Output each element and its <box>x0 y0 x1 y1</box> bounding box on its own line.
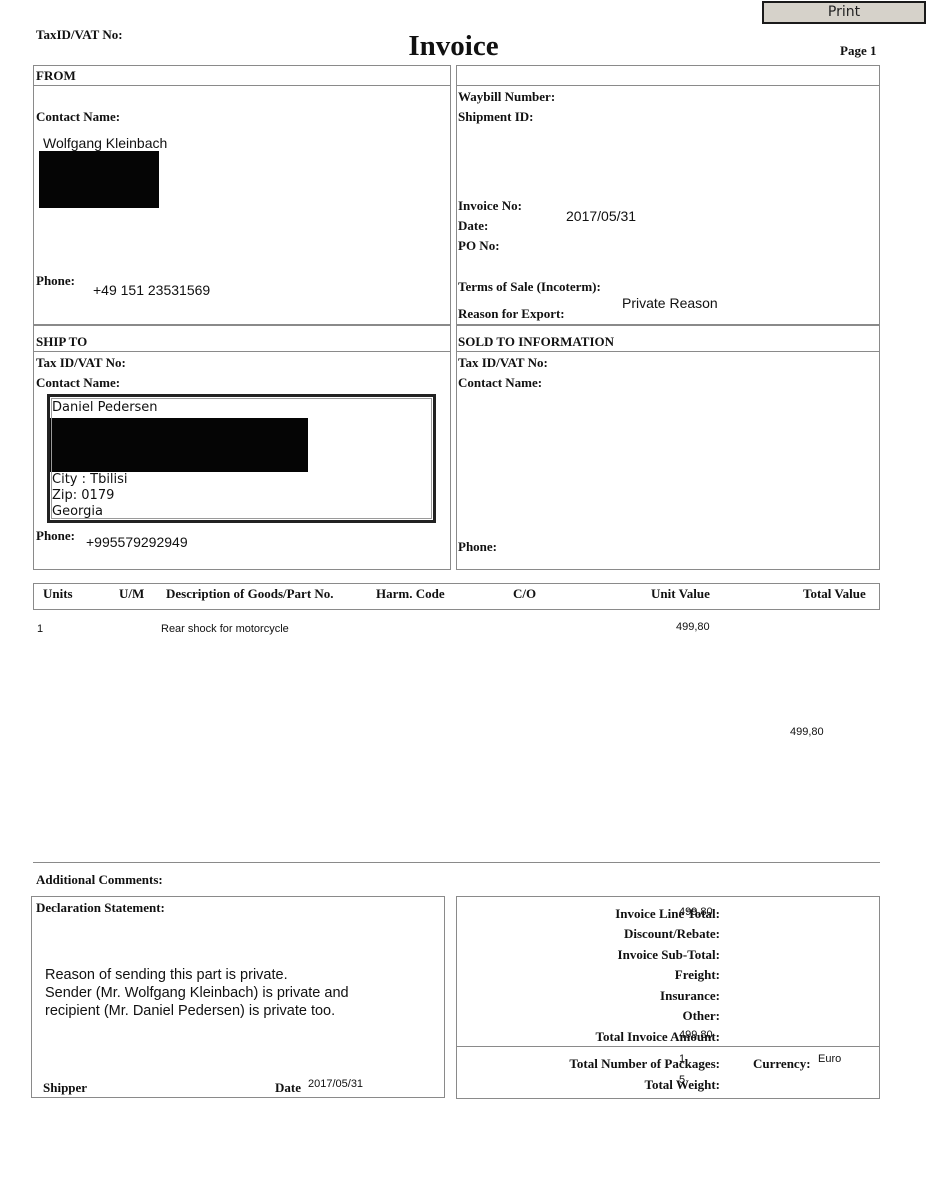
freight-label: Freight: <box>675 967 720 983</box>
sold-to-contact-name-label: Contact Name: <box>458 375 542 391</box>
ship-to-phone-label: Phone: <box>36 528 75 544</box>
packages-value: 1 <box>679 1053 685 1065</box>
redacted-sender-address <box>39 151 159 208</box>
declaration-line: recipient (Mr. Daniel Pedersen) is priva… <box>45 1002 349 1020</box>
terms-of-sale-label: Terms of Sale (Incoterm): <box>458 279 601 295</box>
weight-value: 5 <box>679 1074 685 1086</box>
signature-date-label: Date <box>275 1080 301 1096</box>
ship-to-phone: +995579292949 <box>86 534 188 550</box>
table-row-unit-value: 499,80 <box>676 621 710 633</box>
ship-to-address-field[interactable]: Daniel Pedersen City : Tbilisi Zip: 0179… <box>47 394 436 523</box>
ship-to-zip: Zip: 0179 <box>50 488 433 504</box>
from-phone: +49 151 23531569 <box>93 282 210 298</box>
from-phone-label: Phone: <box>36 273 75 289</box>
col-total-value: Total Value <box>803 586 866 602</box>
col-units: Units <box>43 586 73 602</box>
other-label: Other: <box>682 1008 720 1024</box>
insurance-label: Insurance: <box>660 988 720 1004</box>
ship-to-contact-name: Daniel Pedersen <box>50 400 433 416</box>
additional-comments-label: Additional Comments: <box>36 872 163 888</box>
shipment-id-label: Shipment ID: <box>458 109 534 125</box>
invoice-date: 2017/05/31 <box>566 208 636 224</box>
line-total-value: 499,80 <box>679 906 713 918</box>
sold-to-taxid-label: Tax ID/VAT No: <box>458 355 548 371</box>
po-no-label: PO No: <box>458 238 500 254</box>
total-amount-value: 499,80 <box>679 1029 713 1041</box>
from-contact-name-label: Contact Name: <box>36 109 120 125</box>
declaration-label: Declaration Statement: <box>36 900 165 916</box>
ship-to-title: SHIP TO <box>36 334 87 350</box>
date-label: Date: <box>458 218 488 234</box>
signature-date-value: 2017/05/31 <box>308 1078 363 1090</box>
subtotal-label: Invoice Sub-Total: <box>618 947 720 963</box>
sold-to-title: SOLD TO INFORMATION <box>458 334 614 350</box>
from-title: FROM <box>36 68 76 84</box>
reason-for-export-label: Reason for Export: <box>458 306 565 322</box>
items-subtotal-value: 499,80 <box>790 726 824 738</box>
declaration-line: Sender (Mr. Wolfgang Kleinbach) is priva… <box>45 984 349 1002</box>
page-number: Page 1 <box>840 43 876 59</box>
waybill-label: Waybill Number: <box>458 89 555 105</box>
invoice-no-label: Invoice No: <box>458 198 522 214</box>
redacted-recipient-address <box>50 418 308 472</box>
divider <box>33 862 880 863</box>
packages-label: Total Number of Packages: <box>569 1056 720 1072</box>
declaration-text: Reason of sending this part is private. … <box>45 966 349 1020</box>
ship-to-contact-name-label: Contact Name: <box>36 375 120 391</box>
ship-to-taxid-label: Tax ID/VAT No: <box>36 355 126 371</box>
shipper-label: Shipper <box>43 1080 87 1096</box>
col-harm-code: Harm. Code <box>376 586 445 602</box>
declaration-line: Reason of sending this part is private. <box>45 966 349 984</box>
table-row-description: Rear shock for motorcycle <box>161 623 289 635</box>
from-contact-name: Wolfgang Kleinbach <box>43 135 167 151</box>
col-unit-value: Unit Value <box>651 586 710 602</box>
col-co: C/O <box>513 586 536 602</box>
sold-to-phone-label: Phone: <box>458 539 497 555</box>
currency-label: Currency: <box>753 1056 811 1072</box>
table-row-units: 1 <box>37 623 43 635</box>
reason-for-export-value: Private Reason <box>622 295 718 311</box>
print-button[interactable]: Print <box>762 1 926 24</box>
ship-to-country: Georgia <box>50 504 433 520</box>
currency-value: Euro <box>818 1053 841 1065</box>
items-table-header <box>33 583 880 610</box>
col-description: Description of Goods/Part No. <box>166 586 334 602</box>
ship-to-city: City : Tbilisi <box>50 472 433 488</box>
page-title: Invoice <box>0 30 907 63</box>
discount-label: Discount/Rebate: <box>624 926 720 942</box>
col-um: U/M <box>119 586 144 602</box>
